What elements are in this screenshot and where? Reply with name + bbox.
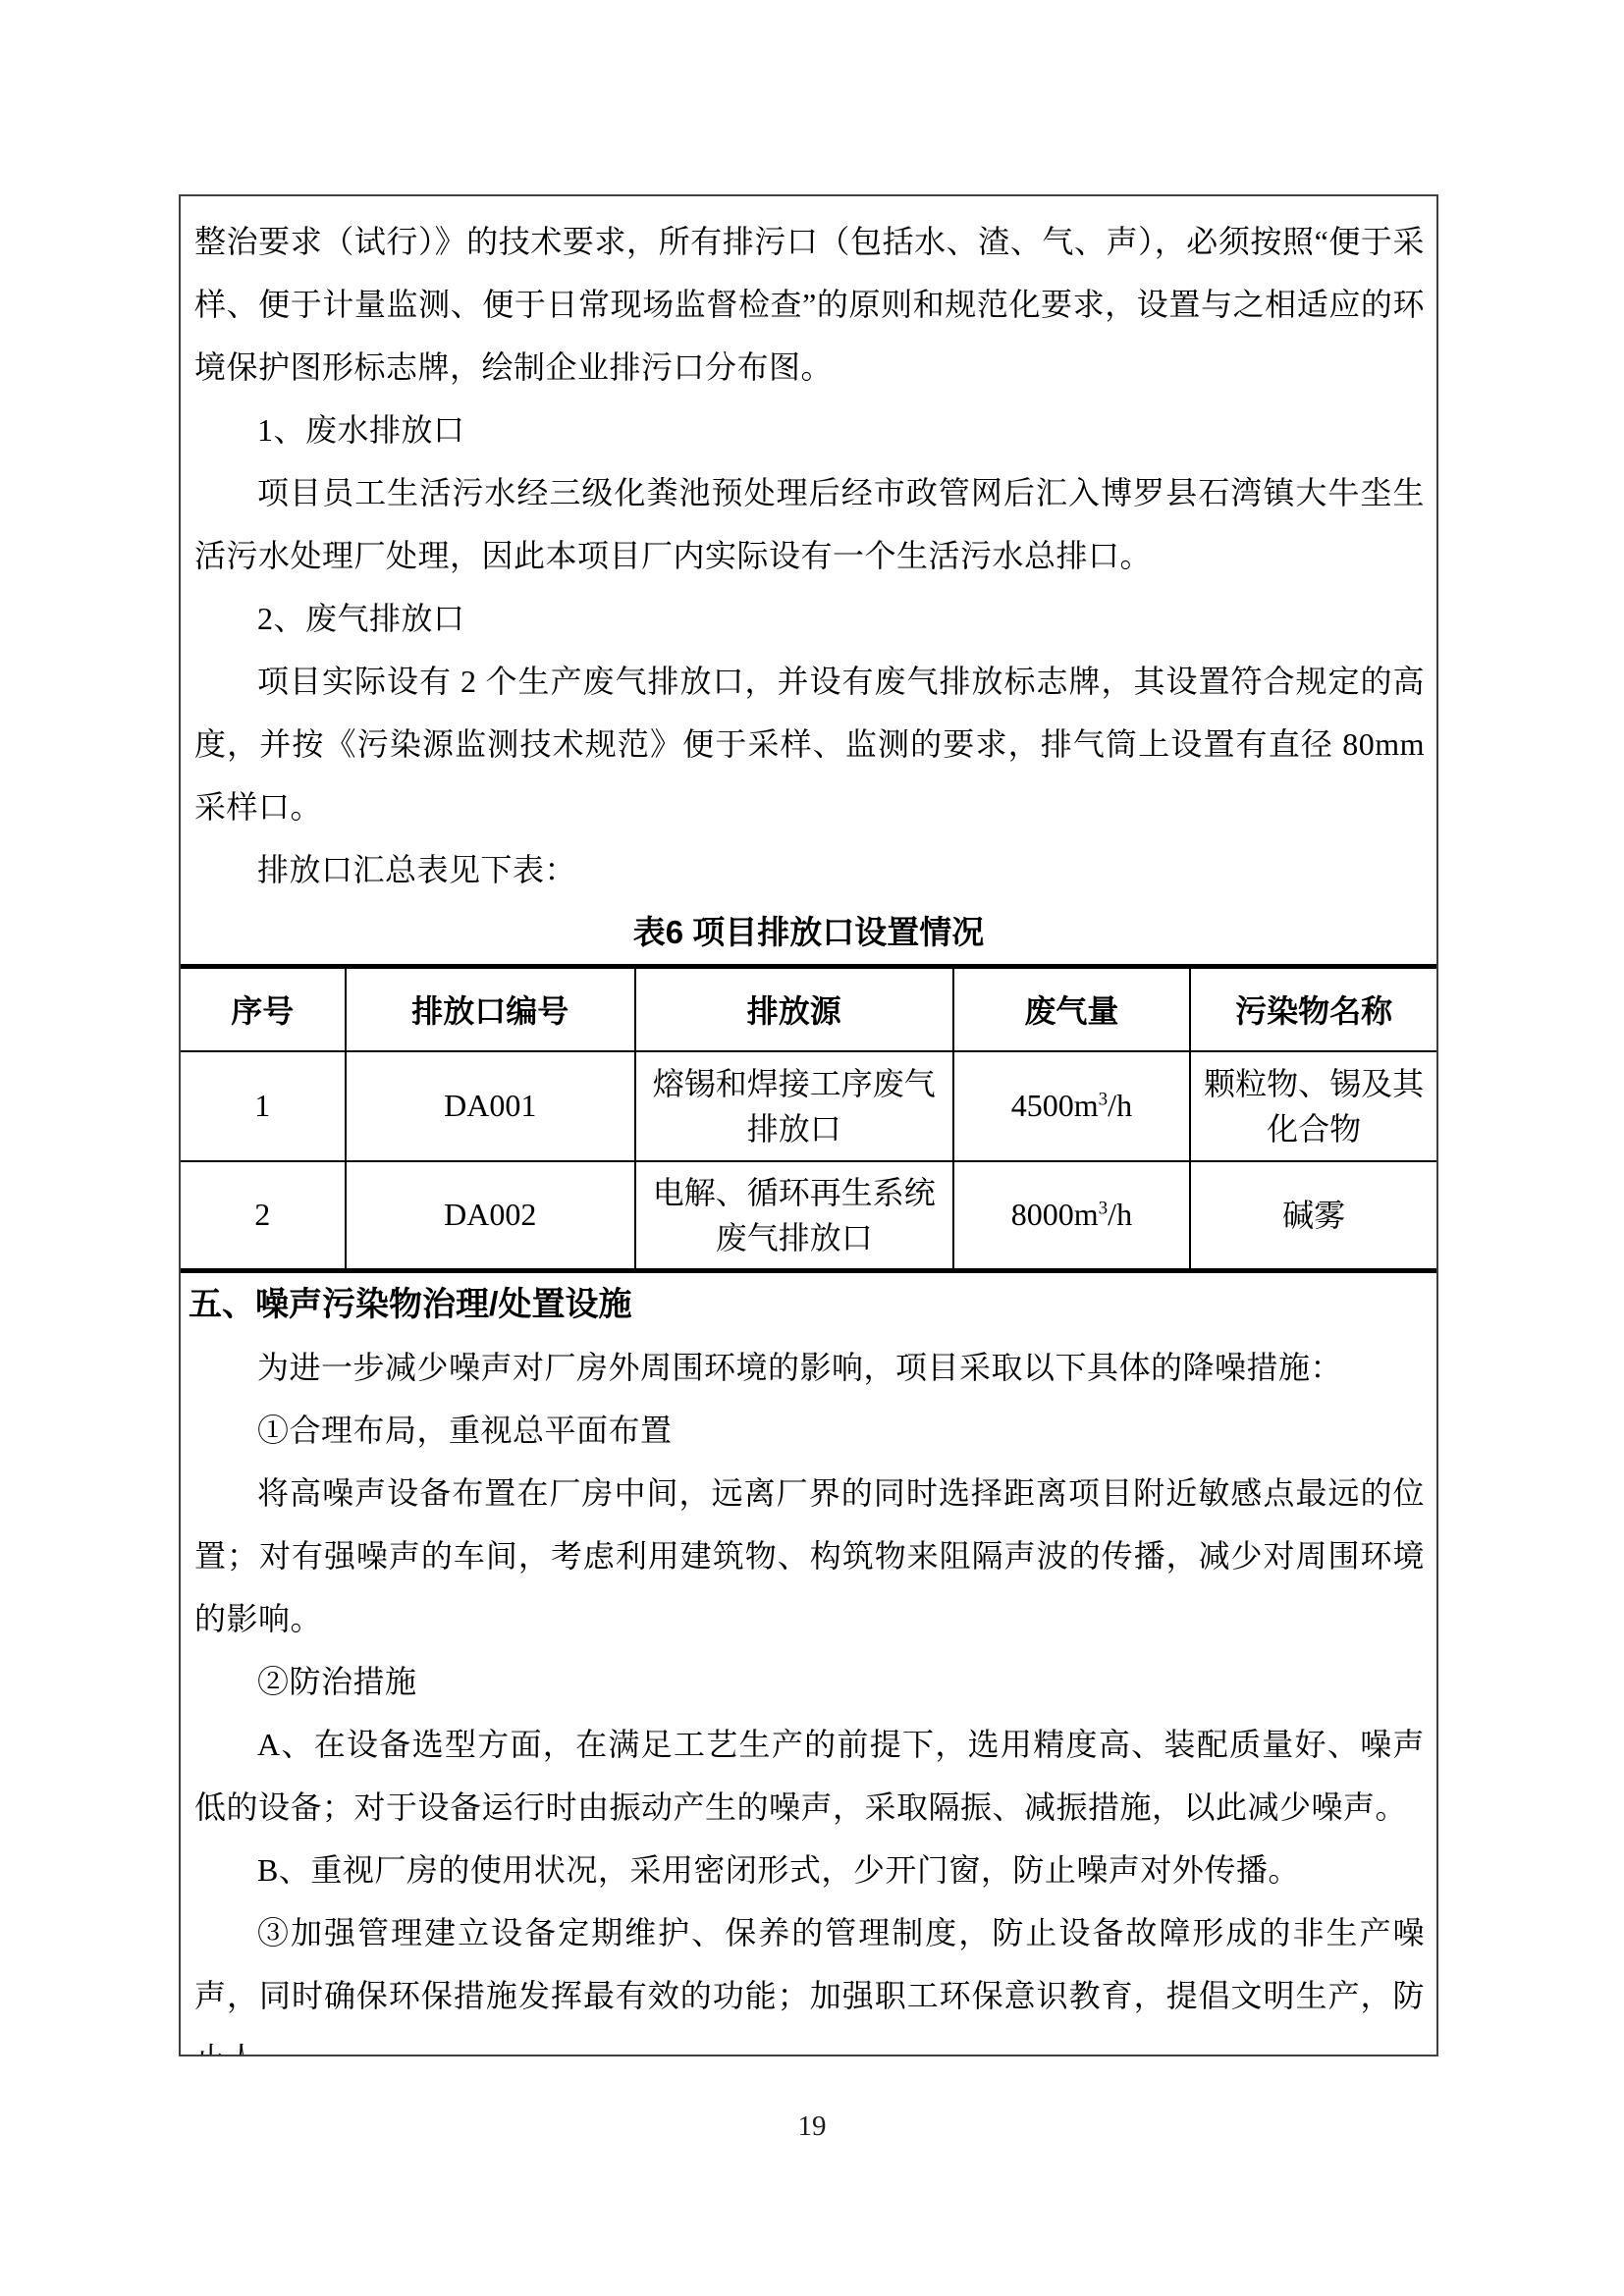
table6-title: 表6 项目排放口设置情况 xyxy=(181,901,1436,964)
header-outlet-code: 排放口编号 xyxy=(346,967,635,1051)
page-number: 19 xyxy=(0,2110,1624,2143)
cell-gas-volume: 4500m3/h xyxy=(953,1051,1191,1161)
noise-paragraph: 为进一步减少噪声对厂房外周围环境的影响，项目采取以下具体的降噪措施： xyxy=(181,1336,1436,1399)
exhaust-outlet-body: 项目实际设有 2 个生产废气排放口，并设有废气排放标志牌，其设置符合规定的高度，… xyxy=(181,650,1436,838)
header-gas-volume: 废气量 xyxy=(953,967,1191,1051)
gas-volume-value: 4500m xyxy=(1011,1088,1099,1123)
noise-measure-prevention: ②防治措施 xyxy=(181,1650,1436,1713)
noise-paragraph: B、重视厂房的使用状况，采用密闭形式，少开门窗，防止噪声对外传播。 xyxy=(181,1839,1436,1901)
noise-measure-layout: ①合理布局，重视总平面布置 xyxy=(181,1399,1436,1462)
wastewater-outlet-body: 项目员工生活污水经三级化粪池预处理后经市政管网后汇入博罗县石湾镇大牛坔生活污水处… xyxy=(181,461,1436,587)
table-row: 1 DA001 熔锡和焊接工序废气排放口 4500m3/h 颗粒物、锡及其化合物 xyxy=(181,1051,1436,1161)
exhaust-outlet-heading: 2、废气排放口 xyxy=(181,587,1436,650)
table-row: 2 DA002 电解、循环再生系统废气排放口 8000m3/h 碱雾 xyxy=(181,1161,1436,1271)
header-serial-no: 序号 xyxy=(181,967,346,1051)
intro-paragraph: 整治要求（试行）》的技术要求，所有排污口（包括水、渣、气、声），必须按照“便于采… xyxy=(181,210,1436,399)
content-area: 整治要求（试行）》的技术要求，所有排污口（包括水、渣、气、声），必须按照“便于采… xyxy=(179,194,1438,2056)
table-header-row: 序号 排放口编号 排放源 废气量 污染物名称 xyxy=(181,967,1436,1051)
noise-paragraph: ③加强管理建立设备定期维护、保养的管理制度，防止设备故障形成的非生产噪声，同时确… xyxy=(181,1901,1436,2056)
noise-paragraph: A、在设备选型方面，在满足工艺生产的前提下，选用精度高、装配质量好、噪声低的设备… xyxy=(181,1713,1436,1839)
wastewater-outlet-heading: 1、废水排放口 xyxy=(181,399,1436,461)
gas-volume-superscript: 3 xyxy=(1099,1089,1109,1109)
header-pollutant-name: 污染物名称 xyxy=(1190,967,1436,1051)
outlet-summary-table: 序号 排放口编号 排放源 废气量 污染物名称 1 DA001 熔锡和焊接工序废气… xyxy=(181,964,1436,1273)
noise-paragraph: 将高噪声设备布置在厂房中间，远离厂界的同时选择距离项目附近敏感点最远的位置；对有… xyxy=(181,1462,1436,1650)
cell-emission-source: 熔锡和焊接工序废气排放口 xyxy=(635,1051,953,1161)
cell-gas-volume: 8000m3/h xyxy=(953,1161,1191,1271)
gas-volume-value: 8000m xyxy=(1011,1197,1099,1232)
cell-pollutant-name: 碱雾 xyxy=(1190,1161,1436,1271)
cell-serial-no: 2 xyxy=(181,1161,346,1271)
document-page: 整治要求（试行）》的技术要求，所有排污口（包括水、渣、气、声），必须按照“便于采… xyxy=(0,0,1624,2296)
gas-volume-unit: /h xyxy=(1108,1197,1132,1232)
cell-pollutant-name: 颗粒物、锡及其化合物 xyxy=(1190,1051,1436,1161)
cell-outlet-code: DA002 xyxy=(346,1161,635,1271)
gas-volume-superscript: 3 xyxy=(1099,1199,1109,1219)
noise-section-heading: 五、噪声污染物治理/处置设施 xyxy=(181,1273,1436,1336)
cell-outlet-code: DA001 xyxy=(346,1051,635,1161)
exhaust-outlet-note: 排放口汇总表见下表： xyxy=(181,838,1436,901)
cell-serial-no: 1 xyxy=(181,1051,346,1161)
cell-emission-source: 电解、循环再生系统废气排放口 xyxy=(635,1161,953,1271)
gas-volume-unit: /h xyxy=(1108,1088,1132,1123)
header-emission-source: 排放源 xyxy=(635,967,953,1051)
